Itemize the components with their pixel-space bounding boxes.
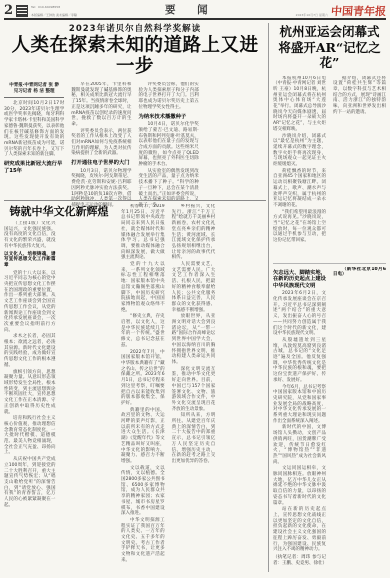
right-strip-divider: [273, 263, 386, 264]
paragraph: 今年6月，总书记考察中国国家版本馆和中国历史研究院，从党和国家事业发展全局的战略…: [273, 385, 326, 425]
asiad-headline-line2: 将盛开AR“记忆之花”: [273, 40, 386, 71]
paragraph: 从实验室的偶然发现到改变生活的产品，量子点为纳米技术播下了种子。“科学的种子一旦…: [139, 169, 199, 209]
paragraph: 从殷墟遗址到三星堆，从敦煌莫高窟到良渚古城，总书记的“文化足迹”遍及全国。他反复…: [273, 338, 326, 384]
paragraph: 求木之长者，必固其根本；欲流之远者，必浚其泉源。新时代文化建设的实践经验，成为做…: [4, 334, 56, 368]
paragraph: 早在2005年，卡里科和魏斯曼就发现了碱基修饰的奥秘，相关成果比新冠大流行早了1…: [71, 82, 131, 128]
paragraph: 10月3日，诺贝尔物理学奖揭晓，皮埃尔·阿戈斯蒂尼、费伦茨·克劳斯和安妮·吕利耶…: [71, 169, 131, 209]
paragraph: 荷桂飘香的时节，来自亚洲45个国家和地区的运动员相聚钱塘江畔。闭幕式上，歌声、潮…: [273, 169, 326, 209]
paragraph: 本报杭州10月6日电（中青报·中青网记者 刘世昕 王豪）10月8日晚，杭州亚运会…: [273, 76, 326, 133]
right-column-strip: 杭州亚运会闭幕式 将盛开AR“记忆之花” 本报杭州10月6日电（中青报·中青网记…: [273, 24, 386, 575]
paragraph: 深化文明交流互鉴，推动中华文化更好走向世界。目前，中国已与157个国家签署文化、…: [172, 367, 216, 413]
main-headline: 人类在探索未知的道路上又进一步: [4, 35, 266, 77]
paragraph: 2022年7月，中国国家版本馆开馆，中华版本典籍有了“藏之名山、传之后世”的保藏…: [121, 350, 165, 407]
paragraph: 据介绍，闭幕式还将设置“荷桂共生辉”等篇章，以数字科技与艺术相结合的方式，展现“…: [333, 76, 386, 116]
asiad-headline: 杭州亚运会闭幕式 将盛开AR“记忆之花”: [273, 24, 386, 71]
paragraph: 乡村振兴，文化先行。浙江“千万工程”绘就万千美丽乡村新画卷，农村文化礼堂点亮乡亲…: [172, 204, 216, 261]
culture-article-left: 铸就中华文化新辉煌 （上接1版）文化兴国运兴，文化强民族强。没有高度的文化自信，…: [4, 204, 114, 572]
paragraph: 知所从来，方明所往。从建党百年庆典上的深情告白，到二十大报告中的郑重宣示，总书记…: [172, 413, 216, 464]
main-kicker: 2023年诺贝尔自然科学奖解读: [4, 22, 266, 34]
paragraph: 10月4日，诺贝尔化学奖颁给了蒙吉·巴文迪、路易斯·布鲁斯和阿列克谢·叶基莫夫，…: [139, 122, 199, 168]
header-right-cluster: 2023年10月7日 星期六 中国青年报: [296, 6, 386, 17]
culture-left-columns: （上接1版）文化兴国运兴，文化强民族强。没有高度的文化自信，没有文化的繁荣兴盛，…: [4, 221, 114, 572]
asiad-article-columns: 本报杭州10月6日电（中青报·中青网记者 刘世昕 王豪）10月8日晚，杭州亚运会…: [273, 76, 386, 260]
page-number: 2: [4, 4, 13, 17]
paragraph: 放眼世界，从亚洲文明对话大会到良渚论坛，从“一带一路”国际合作高峰论坛到世界中国…: [172, 314, 216, 365]
date-text: 2023年10月7日 星期六: [296, 13, 328, 17]
header-contact-editors: Tel：010-64098558 本版编辑／王钟的 美术编辑／李瞳: [31, 1, 77, 17]
paragraph: 旗帜引领方向，思想凝聚力量。从意识形态领域形势发生全局性、根本性转变，到主流思想…: [4, 370, 56, 416]
newspaper-page: 2 Tel：010-64098558 本版编辑／王钟的 美术编辑／李瞳 要 闻 …: [0, 0, 390, 578]
masthead: 中国青年报: [331, 6, 387, 17]
paragraph: 文运同国运相牵，文脉同国脉相连。放眼神州大地，亿万中华儿女正从绵延不绝的中华文脉…: [273, 466, 326, 506]
paragraph: 人民需要文艺，文艺需要人民。广大文艺工作者深入生活、扎根人民，把最好的精神食粮奉…: [172, 262, 216, 313]
paragraph: 评奖委员会称，他们的实验为人类探索原子和分子内部的电子世界打开了大门。吕利耶也成…: [139, 82, 199, 111]
section-title: 要 闻: [156, 2, 217, 17]
asiad-headline-line1: 杭州亚运会闭幕式: [273, 24, 386, 40]
paragraph: 沙晓岚介绍，闭幕式以“最忆是杭州”为主题，延续开幕式的数字理念，数字火炬手将再次…: [273, 134, 326, 168]
header-contact: Tel：010-64098558: [31, 5, 60, 9]
paragraph: 站在新的历史起点上，宣传思想文化战线正以更加坚定的文化自信，担负起新的文化使命，…: [273, 507, 326, 553]
dateline: （新华社北京10月6日电）: [333, 267, 386, 278]
paragraph: 评奖委员会表示，两位获奖者的工作从根本上改变了人们对mRNA如何与免疫系统相互作…: [71, 129, 131, 158]
paragraph: “我们希望用最浪漫的方式说再见。”沙晓岚说，当“记忆之花”在场馆上空绽放时，每一…: [273, 210, 326, 244]
culture-article: 铸就中华文化新辉煌 （上接1版）文化兴国运兴，文化强民族强。没有高度的文化自信，…: [4, 204, 266, 572]
subheading: 矢志远大、脚踏实地，在新的历史起点上建设中华民族现代文明: [273, 270, 326, 290]
paragraph: 新时代的中国，文博场馆人头攒动，文创产品供销两旺，国货潮牌广受欢迎，传统节日愈发…: [273, 425, 326, 465]
page-header: 2 Tel：010-64098558 本版编辑／王钟的 美术编辑／李瞳 要 闻 …: [4, 2, 386, 17]
culture-continuation-columns: 矢志远大、脚踏实地，在新的历史起点上建设中华民族现代文明2023年6月2日，文化…: [273, 267, 386, 575]
paragraph: 北京时间10月2日17时30分，2023年诺贝尔生理学或医学奖率先揭晓，匈牙利科…: [4, 101, 64, 158]
paragraph: “修史立典，存史启智，以文化人，这是中华民族延续几千年的一个传统。”盛世修文，总…: [121, 314, 165, 348]
paragraph: 典籍里的中国、故宫里的文物、大运河畔的桨声灯影，正以前所未有的方式走进大众生活。…: [121, 408, 165, 465]
credit-line: （执笔记者：周玮 参与记者：王鹏、史竞男、徐壮）: [273, 555, 326, 566]
paragraph: 2023年6月2日，文化传承发展座谈会在京召开。习近平总书记深刻阐述“两个结合”…: [273, 291, 326, 337]
paragraph: （上接1版）文化兴国运兴，文化强民族强。没有高度的文化自信，没有文化的繁荣兴盛，…: [4, 221, 56, 250]
article-divider: [4, 200, 266, 201]
subheading: 为纳米技术播撒种子: [139, 114, 199, 121]
paragraph: 中华文明探源工程实证了我国百万年的人类史、一万年的文化史、五千多年的文明史。考古…: [121, 518, 165, 564]
header-rule: [4, 18, 386, 20]
paragraph: 培育和践行社会主义核心价值观，推动理想信念教育常态化制度化，一大批时代楷模、道德…: [4, 416, 56, 456]
qr-code-icon: [16, 5, 28, 17]
paragraph: 党的十八大以来，以习近平同志为核心的党中央把宣传思想文化工作摆在治国理政的重要位…: [4, 271, 56, 334]
byline: 中青报·中青网记者 张 渺 见习记者 杨 洁 整理: [4, 82, 64, 98]
culture-headline: 铸就中华文化新辉煌: [4, 205, 114, 218]
paragraph: 文以载道，文以传情，文以植德。全国2800多家公共图书馆、6500多家博物馆，成…: [121, 466, 165, 517]
header-left-cluster: 2 Tel：010-64098558 本版编辑／王钟的 美术编辑／李瞳: [4, 1, 77, 17]
main-article: 2023年诺贝尔自然科学奖解读 人类在探索未知的道路上又进一步 中青报·中青网记…: [4, 22, 266, 218]
header-editors: 本版编辑／王钟的 美术编辑／李瞳: [31, 13, 77, 17]
subheading: 研究成果比新冠大流行早了15年: [4, 161, 64, 174]
culture-right-columns: 初春时节，2019年1月25日，习近平总书记带领中央政治局同志来到人民日报社，就…: [121, 204, 266, 572]
paragraph: 初春时节，2019年1月25日，习近平总书记带领中央政治局同志来到人民日报社，就…: [121, 204, 165, 261]
bold-lead: 以文化人、培根铸魂，谱写宣传思想文化工作新篇章: [4, 252, 56, 269]
paragraph: 从庆祝中国共产党成立100周年，到迎接党的二十大胜利召开，重大主题宣传气势恢宏；…: [4, 457, 56, 508]
paragraph: 党的十九大以来，一系列文化领域标志性工程相继落地：国家版本馆中央总馆文瀚阁坐落燕…: [121, 262, 165, 313]
vertical-column-rule: [268, 23, 269, 572]
main-article-columns: 中青报·中青网记者 张 渺 见习记者 杨 洁 整理北京时间10月2日17时30分…: [4, 82, 266, 218]
subheading: 打开通往电子世界的大门: [71, 160, 131, 167]
